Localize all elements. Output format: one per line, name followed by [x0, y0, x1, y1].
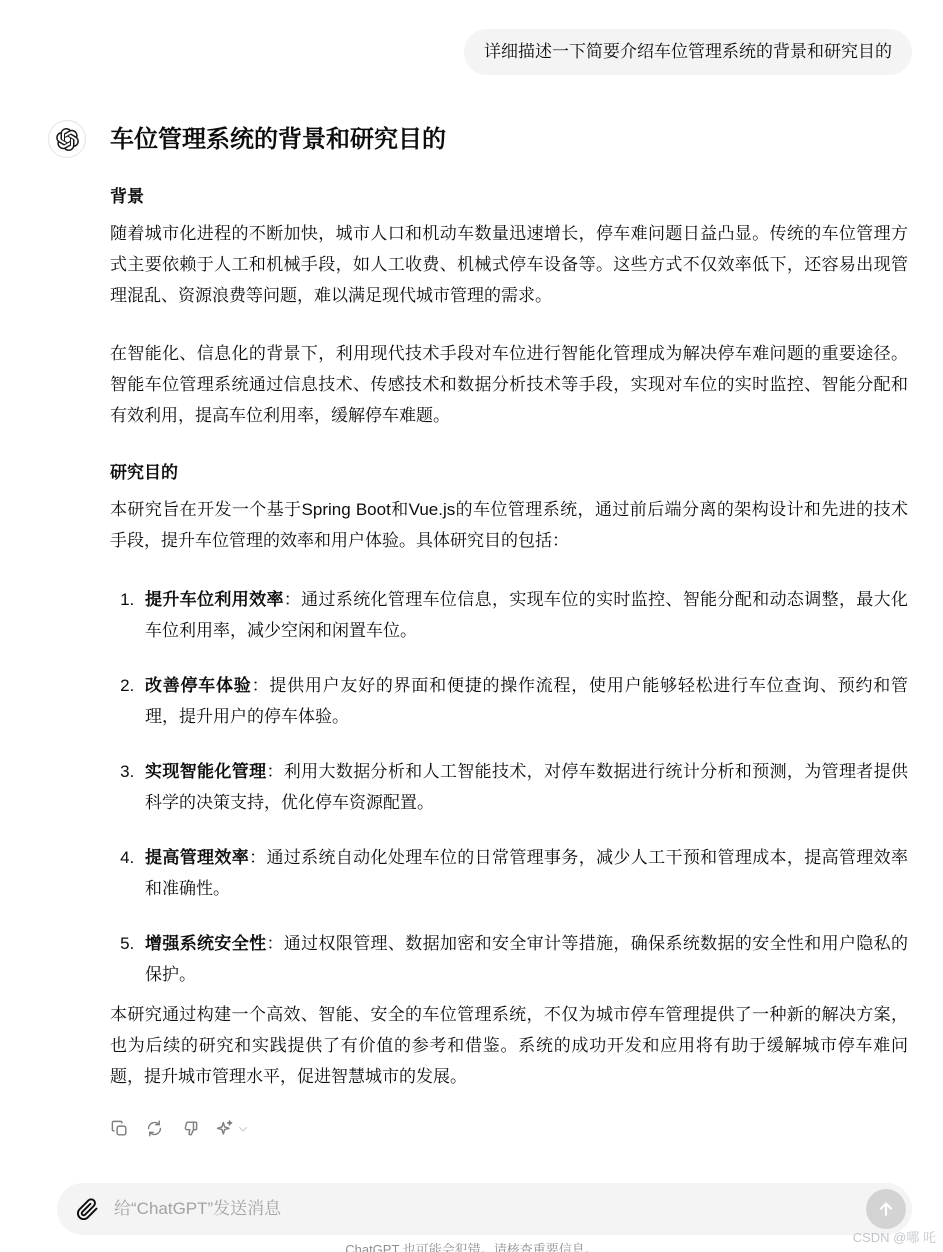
response-title: 车位管理系统的背景和研究目的 [110, 125, 908, 155]
message-action-bar [110, 1119, 908, 1138]
regenerate-button[interactable] [145, 1119, 164, 1138]
copy-button[interactable] [110, 1119, 129, 1138]
goal-desc: ：通过系统自动化处理车位的日常管理事务，减少人工干预和管理成本，提高管理效率和准… [145, 848, 908, 898]
attach-file-button[interactable] [76, 1198, 99, 1221]
arrow-up-icon [876, 1199, 896, 1219]
message-input[interactable] [114, 1199, 866, 1219]
list-item: 改善停车体验：提供用户友好的界面和便捷的操作流程，使用户能够轻松进行车位查询、预… [139, 670, 908, 732]
purpose-heading: 研究目的 [110, 461, 908, 485]
purpose-intro: 本研究旨在开发一个基于Spring Boot和Vue.js的车位管理系统，通过前… [110, 494, 908, 556]
send-button[interactable] [866, 1189, 906, 1229]
list-item: 增强系统安全性：通过权限管理、数据加密和安全审计等措施，确保系统数据的安全性和用… [139, 928, 908, 990]
assistant-content: 车位管理系统的背景和研究目的 背景 随着城市化进程的不断加快，城市人口和机动车数… [110, 125, 908, 1138]
openai-logo-icon [56, 128, 79, 151]
chevron-down-button[interactable] [236, 1122, 250, 1136]
paperclip-icon [76, 1198, 99, 1221]
list-item: 实现智能化管理：利用大数据分析和人工智能技术，对停车数据进行统计分析和预测，为管… [139, 756, 908, 818]
chevron-down-icon [236, 1122, 250, 1136]
goal-label: 实现智能化管理 [145, 762, 266, 781]
closing-paragraph: 本研究通过构建一个高效、智能、安全的车位管理系统，不仅为城市停车管理提供了一种新… [110, 999, 908, 1092]
thumbs-down-icon [180, 1119, 199, 1138]
sparkle-button[interactable] [215, 1119, 234, 1138]
thumbs-down-button[interactable] [180, 1119, 199, 1138]
background-heading: 背景 [110, 185, 908, 209]
user-message-bubble: 详细描述一下简要介绍车位管理系统的背景和研究目的 [464, 29, 912, 75]
watermark: CSDN @哪 吒 [853, 1227, 936, 1246]
goal-label: 提升车位利用效率 [145, 590, 284, 609]
list-item: 提升车位利用效率：通过系统化管理车位信息，实现车位的实时监控、智能分配和动态调整… [139, 584, 908, 646]
avatar [48, 120, 86, 158]
background-paragraph: 随着城市化进程的不断加快，城市人口和机动车数量迅速增长，停车难问题日益凸显。传统… [110, 218, 908, 311]
assistant-message: 车位管理系统的背景和研究目的 背景 随着城市化进程的不断加快，城市人口和机动车数… [48, 118, 908, 1138]
goal-label: 提高管理效率 [145, 848, 249, 867]
goals-list: 提升车位利用效率：通过系统化管理车位信息，实现车位的实时监控、智能分配和动态调整… [110, 584, 908, 990]
model-switcher[interactable] [215, 1119, 250, 1138]
goal-desc: ：提供用户友好的界面和便捷的操作流程，使用户能够轻松进行车位查询、预约和管理，提… [145, 676, 908, 726]
sparkle-icon [215, 1119, 234, 1138]
user-message-row: 详细描述一下简要介绍车位管理系统的背景和研究目的 [464, 29, 912, 75]
list-item: 提高管理效率：通过系统自动化处理车位的日常管理事务，减少人工干预和管理成本，提高… [139, 842, 908, 904]
goal-label: 改善停车体验 [145, 676, 252, 695]
copy-icon [110, 1119, 129, 1138]
goal-label: 增强系统安全性 [145, 934, 266, 953]
footer-disclaimer: ChatGPT 也可能会犯错。请核查重要信息。 [345, 1241, 598, 1252]
composer [57, 1183, 912, 1235]
background-paragraph: 在智能化、信息化的背景下，利用现代技术手段对车位进行智能化管理成为解决停车难问题… [110, 338, 908, 431]
regenerate-icon [145, 1119, 164, 1138]
